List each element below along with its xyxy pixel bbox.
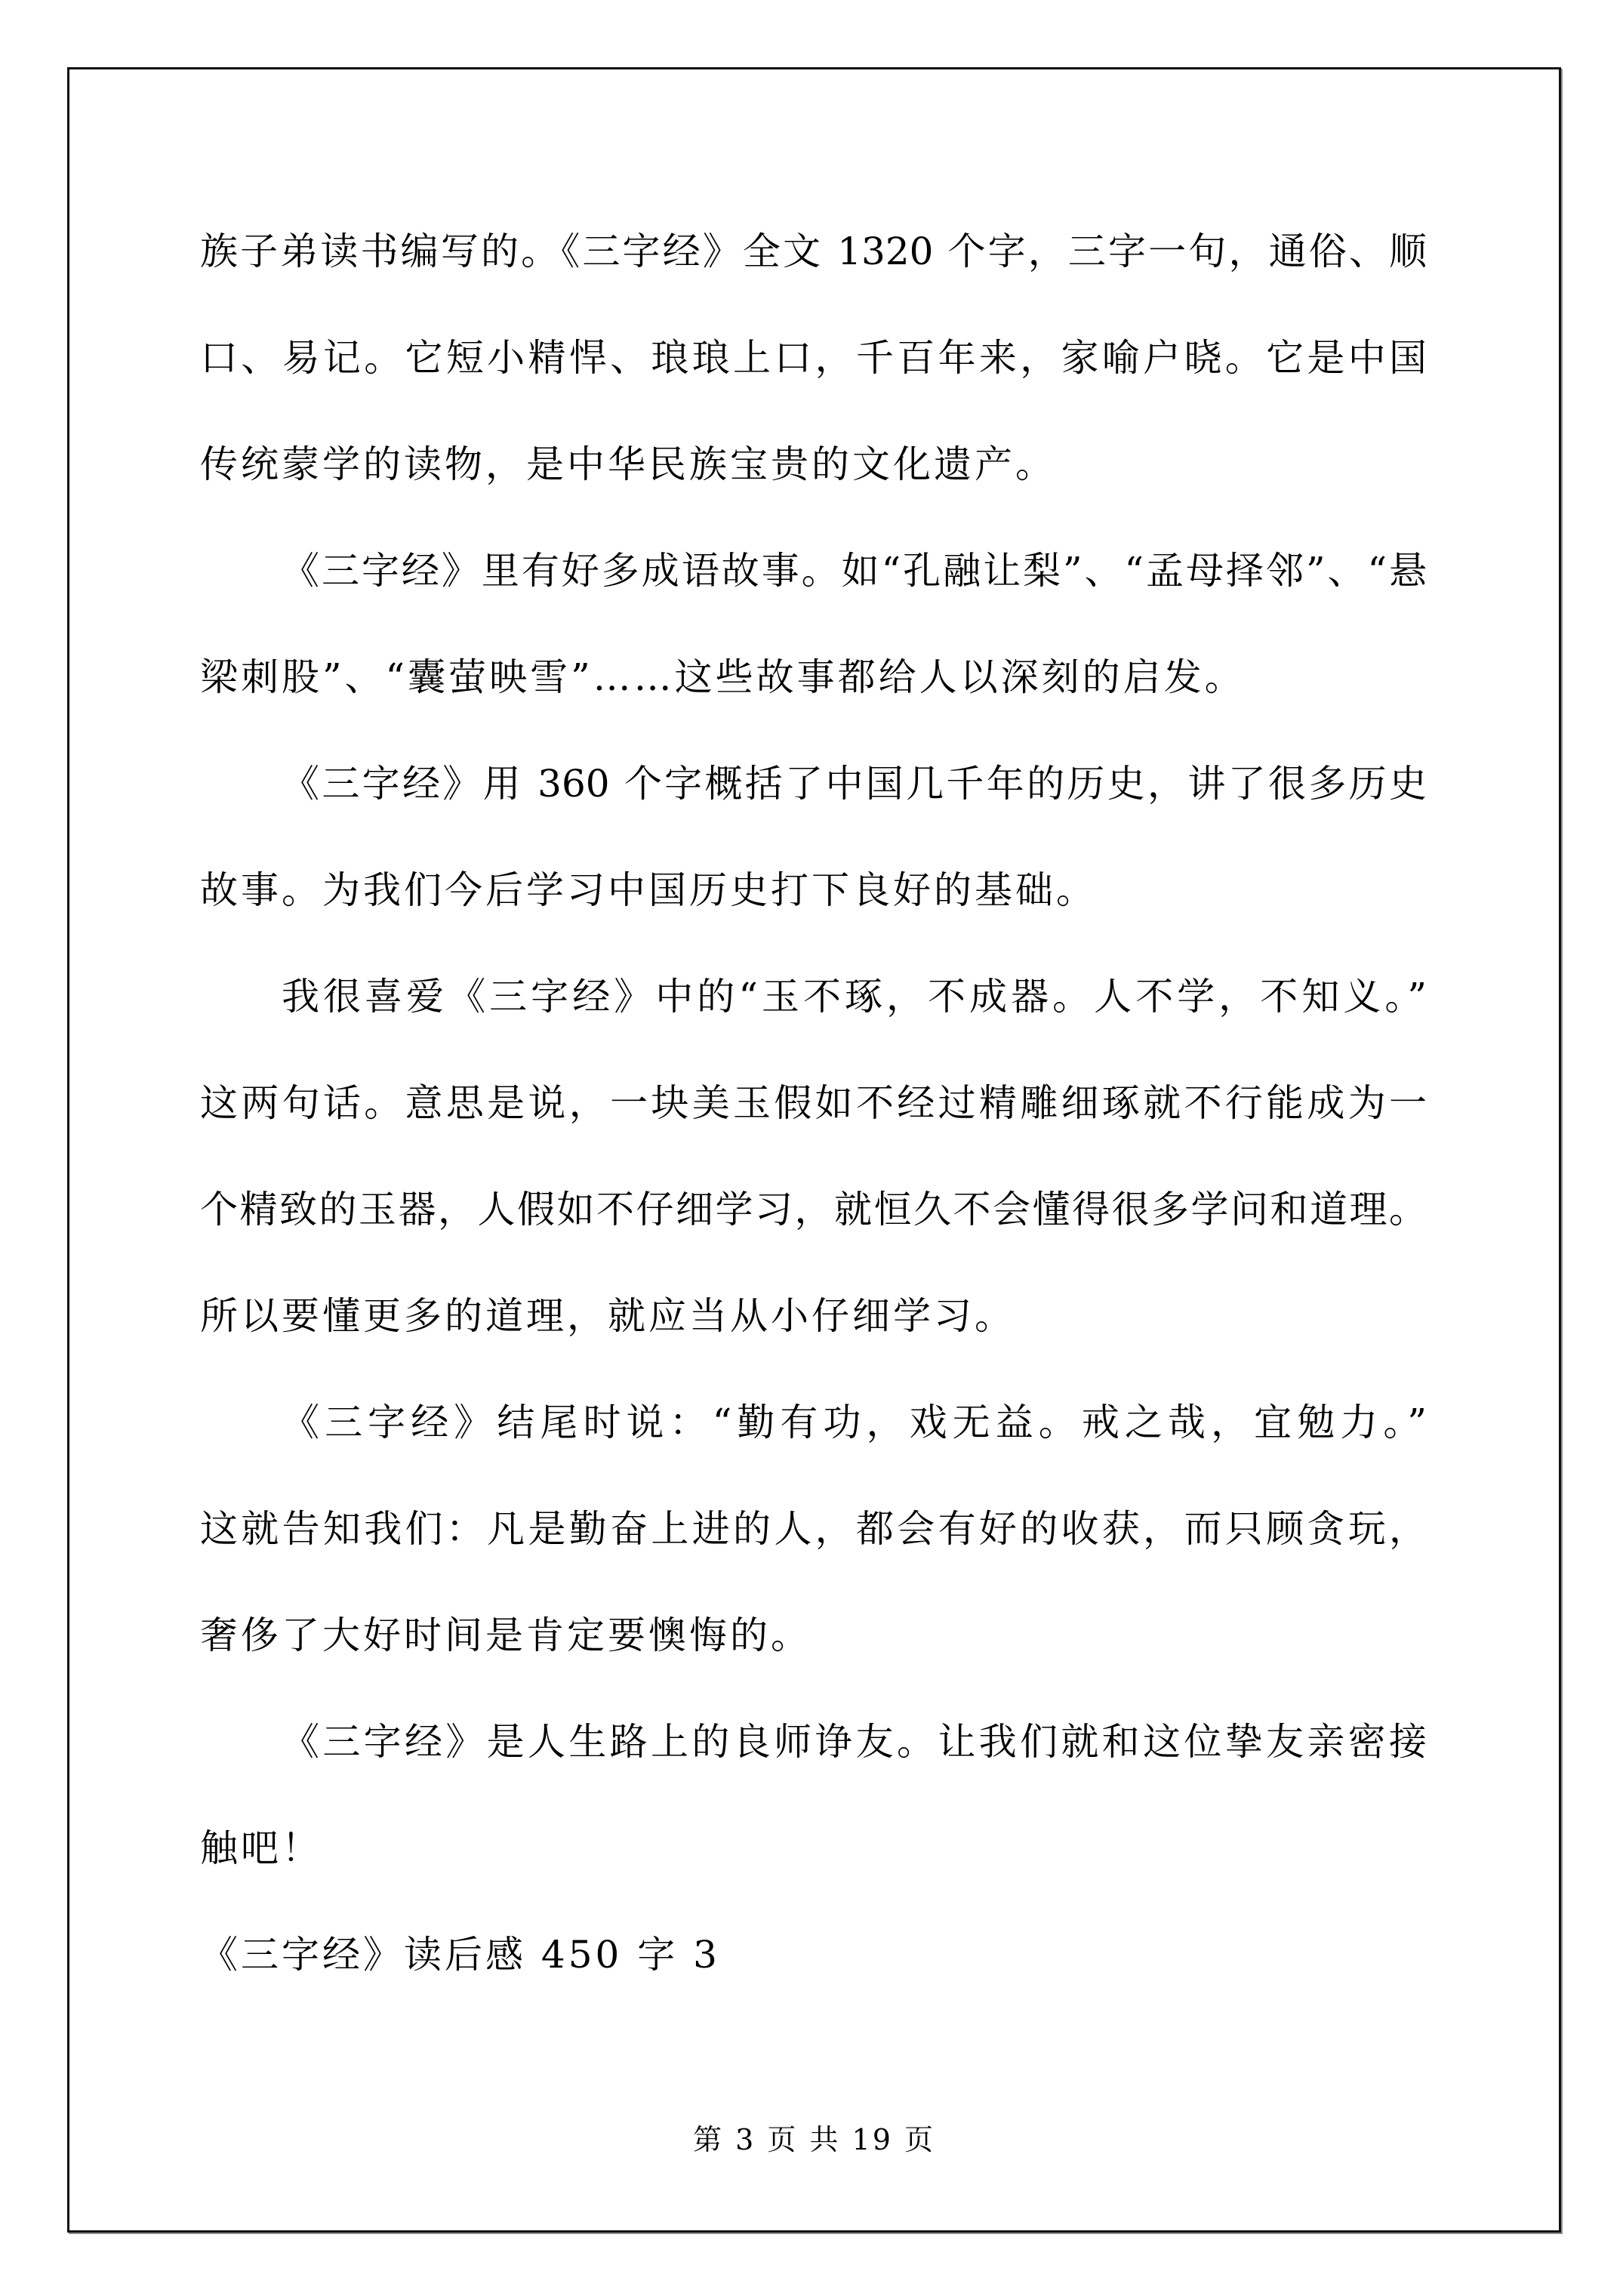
- document-body: 族子弟读书编写的。《三字经》全文 1320 个字，三字一句，通俗、顺 口、易记。…: [200, 199, 1427, 2008]
- text-line: 故事。为我们今后学习中国历史打下良好的基础。: [200, 837, 1427, 944]
- text-line: 个精致的玉器，人假如不仔细学习，就恒久不会懂得很多学问和道理。: [200, 1157, 1427, 1263]
- text-line: 《三字经》用 360 个字概括了中国几千年的历史，讲了很多历史: [200, 731, 1427, 837]
- text-line: 传统蒙学的读物，是中华民族宝贵的文化遗产。: [200, 411, 1427, 518]
- section-heading: 《三字经》读后感 450 字 3: [200, 1902, 1427, 2008]
- text-line: 族子弟读书编写的。《三字经》全文 1320 个字，三字一句，通俗、顺: [200, 199, 1427, 305]
- text-line: 《三字经》里有好多成语故事。如“孔融让梨”、“孟母择邻”、“悬: [200, 518, 1427, 624]
- text-line: 奢侈了大好时间是肯定要懊悔的。: [200, 1583, 1427, 1689]
- text-line: 我很喜爱《三字经》中的“玉不琢，不成器。人不学，不知义。”: [200, 944, 1427, 1050]
- text-line: 所以要懂更多的道理，就应当从小仔细学习。: [200, 1263, 1427, 1370]
- document-page: 族子弟读书编写的。《三字经》全文 1320 个字，三字一句，通俗、顺 口、易记。…: [0, 0, 1623, 2296]
- text-line: 口、易记。它短小精悍、琅琅上口，千百年来，家喻户晓。它是中国: [200, 305, 1427, 411]
- text-line: 《三字经》是人生路上的良师诤友。让我们就和这位挚友亲密接: [200, 1689, 1427, 1795]
- page-footer: 第 3 页 共 19 页: [67, 2123, 1561, 2156]
- text-line: 《三字经》结尾时说：“勤有功，戏无益。戒之哉，宜勉力。”: [200, 1370, 1427, 1476]
- text-line: 梁刺股”、“囊萤映雪”……这些故事都给人以深刻的启发。: [200, 624, 1427, 731]
- text-line: 触吧！: [200, 1795, 1427, 1902]
- text-line: 这就告知我们：凡是勤奋上进的人，都会有好的收获，而只顾贪玩，: [200, 1476, 1427, 1583]
- text-line: 这两句话。意思是说，一块美玉假如不经过精雕细琢就不行能成为一: [200, 1050, 1427, 1157]
